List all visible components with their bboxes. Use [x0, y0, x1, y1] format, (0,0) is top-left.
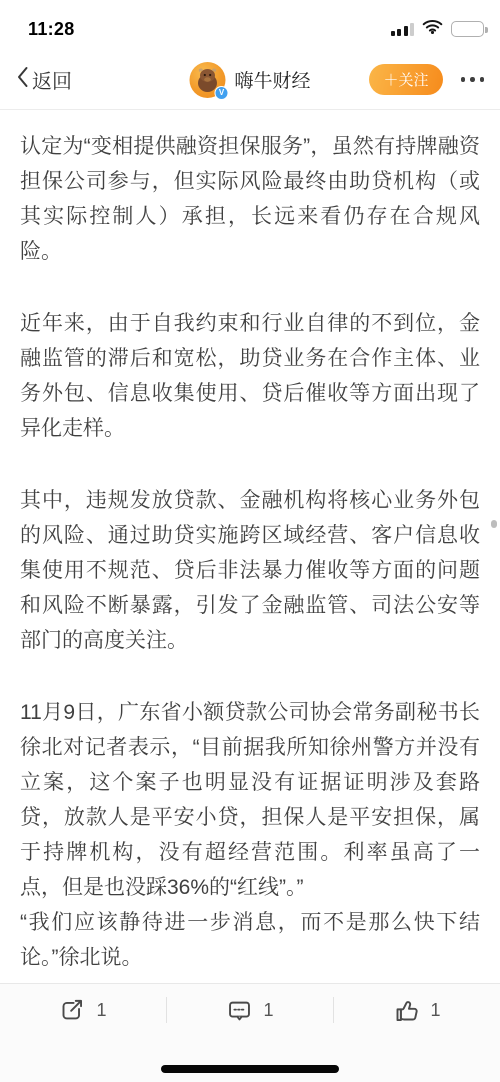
- nav-bar: 返回 V 嗨牛财经 ＋关注: [0, 50, 500, 110]
- account-header[interactable]: V 嗨牛财经: [189, 62, 310, 98]
- article-paragraph: 认定为“变相提供融资担保服务”，虽然有持牌融资担保公司参与，但实际风险最终由助贷…: [20, 129, 480, 269]
- thumbs-up-icon: [393, 998, 420, 1023]
- status-time: 11:28: [28, 19, 75, 40]
- home-indicator[interactable]: [161, 1065, 339, 1073]
- like-count: 1: [430, 1000, 440, 1021]
- avatar[interactable]: V: [189, 62, 225, 98]
- back-label: 返回: [32, 65, 72, 94]
- bottom-toolbar: 1 1 1: [0, 983, 500, 1082]
- article-paragraph: “我们应该静待进一步消息，而不是那么快下结论。”徐北说。: [20, 905, 480, 975]
- scrollbar-thumb[interactable]: [491, 520, 497, 528]
- nav-right: ＋关注: [369, 64, 484, 95]
- toolbar-row: 1 1 1: [0, 984, 500, 1036]
- article-paragraph: 11月9日，广东省小额贷款公司协会常务副秘书长徐北对记者表示，“目前据我所知徐州…: [20, 695, 480, 905]
- comment-icon: [226, 998, 253, 1023]
- article-paragraph: 近年来，由于自我约束和行业自律的不到位，金融监管的滞后和宽松，助贷业务在合作主体…: [20, 306, 480, 446]
- more-options-icon[interactable]: [461, 73, 485, 86]
- account-name: 嗨牛财经: [234, 66, 310, 93]
- battery-icon: [451, 21, 484, 37]
- status-bar: 11:28: [0, 0, 500, 50]
- comment-button[interactable]: 1: [167, 998, 333, 1023]
- battery-nub: [485, 27, 488, 33]
- article-body: 认定为“变相提供融资担保服务”，虽然有持牌融资担保公司参与，但实际风险最终由助贷…: [0, 110, 500, 975]
- wifi-icon: [422, 19, 443, 39]
- like-button[interactable]: 1: [334, 998, 500, 1023]
- back-button[interactable]: 返回: [16, 65, 72, 94]
- article-paragraph: 其中，违规发放贷款、金融机构将核心业务外包的风险、通过助贷实施跨区域经营、客户信…: [20, 483, 480, 658]
- verified-badge-icon: V: [214, 86, 228, 100]
- share-count: 1: [96, 1000, 106, 1021]
- follow-button[interactable]: ＋关注: [369, 64, 442, 95]
- comment-count: 1: [263, 1000, 273, 1021]
- share-button[interactable]: 1: [0, 998, 166, 1022]
- chevron-left-icon: [16, 66, 29, 94]
- cellular-signal-icon: [391, 22, 415, 36]
- share-icon: [59, 998, 86, 1022]
- status-icons: [391, 19, 485, 39]
